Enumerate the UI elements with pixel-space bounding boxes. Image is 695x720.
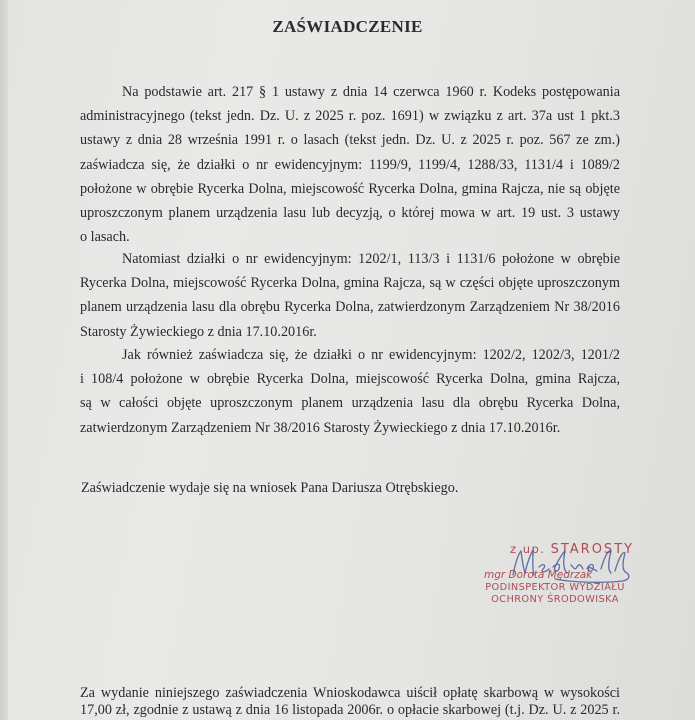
document-title: ZAŚWIADCZENIE (0, 17, 695, 37)
text-line: i 108/4 położone w obrębie Rycerka Dolna… (80, 367, 620, 391)
text-line: Jak również zaświadcza się, że działki o… (80, 343, 620, 367)
text-line: Na podstawie art. 217 § 1 ustawy z dnia … (80, 80, 620, 104)
text-line: uproszczonym planem urządzenia lasu lub … (80, 201, 620, 225)
text-line: Starosty Żywieckiego z dnia 17.10.2016r. (80, 320, 620, 344)
paper-edge-shadow (0, 0, 8, 720)
text-line: ustawy z dnia 28 września 1991 r. o lasa… (80, 128, 620, 152)
paragraph-full-coverage: Jak również zaświadcza się, że działki o… (80, 343, 620, 440)
handwritten-signature (505, 545, 635, 585)
paragraph-legal-basis: Na podstawie art. 217 § 1 ustawy z dnia … (80, 80, 620, 249)
text-line: zatwierdzonym Zarządzeniem Nr 38/2016 St… (80, 416, 620, 440)
fee-note: Za wydanie niniejszego zaświadczenia Wni… (80, 685, 620, 719)
stamp-department: OCHRONY ŚRODOWISKA (470, 594, 640, 606)
text-line: Rycerka Dolna, miejscowość Rycerka Dolna… (80, 271, 620, 295)
text-line: zaświadcza się, że działki o nr ewidency… (80, 153, 620, 177)
text-line: położone w obrębie Rycerka Dolna, miejsc… (80, 177, 620, 201)
request-note: Zaświadczenie wydaje się na wniosek Pana… (81, 476, 621, 500)
text-line: o lasach. (80, 225, 620, 249)
text-line: Natomiast działki o nr ewidencyjnym: 120… (80, 247, 620, 271)
text-line: planem urządzenia lasu dla obrębu Rycerk… (80, 295, 620, 319)
text-line: administracyjnego (tekst jedn. Dz. U. z … (80, 104, 620, 128)
text-line: są w całości objęte uproszczonym planem … (80, 391, 620, 415)
text-line: Za wydanie niniejszego zaświadczenia Wni… (80, 685, 620, 702)
paragraph-partial-coverage: Natomiast działki o nr ewidencyjnym: 120… (80, 247, 620, 344)
text-line: 17,00 zł, zgodnie z ustawą z dnia 16 lis… (80, 702, 620, 719)
text-line: Zaświadczenie wydaje się na wniosek Pana… (81, 476, 621, 500)
